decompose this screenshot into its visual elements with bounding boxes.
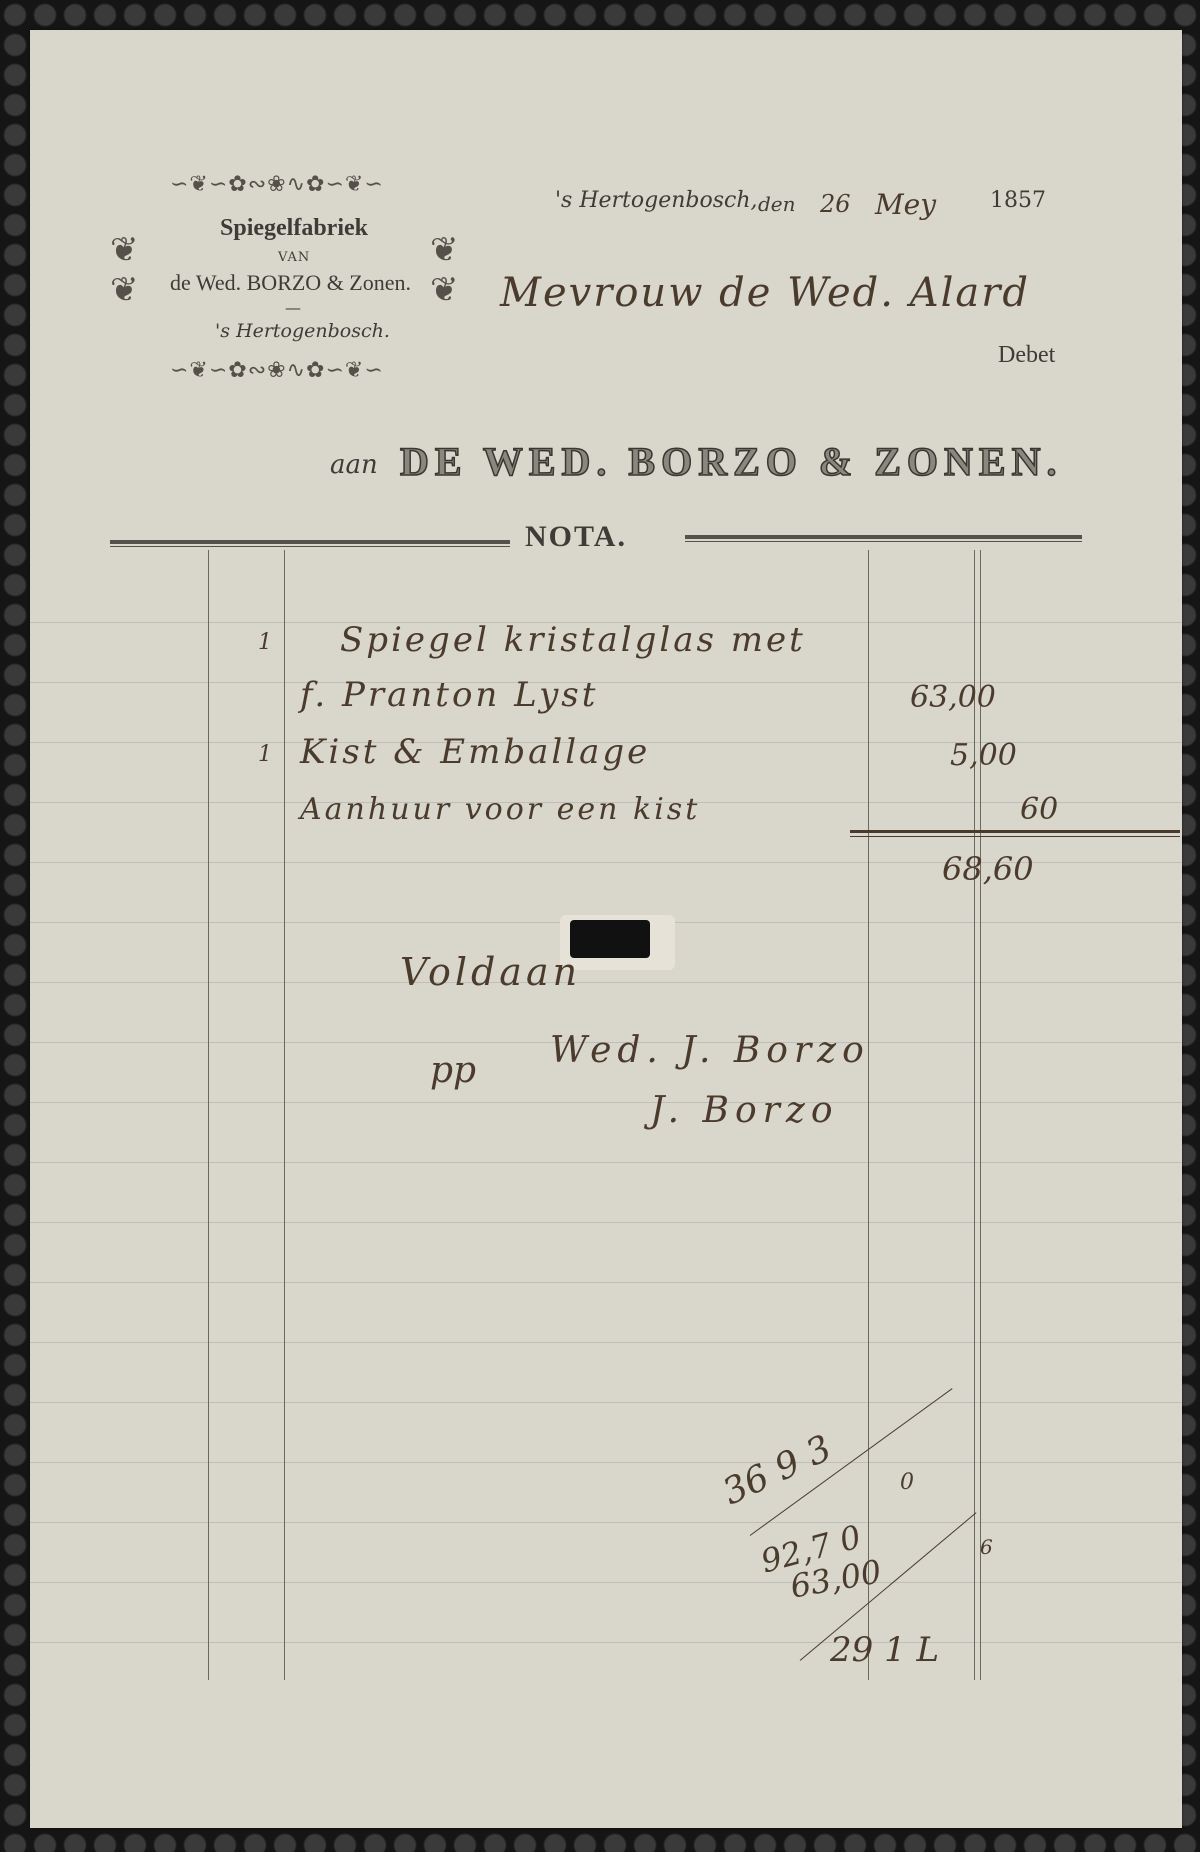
letterhead-dash: — xyxy=(285,298,301,317)
column-line xyxy=(980,550,981,1680)
creditor-aan: aan xyxy=(330,450,378,480)
ornament-bottom: ∽❦∽✿∾❀∿✿∽❦∽ xyxy=(170,358,384,383)
dateline-day: 26 xyxy=(820,190,851,218)
signature-line-1: Wed. J. Borzo xyxy=(550,1030,870,1071)
addressee-name: Mevrouw de Wed. Alard xyxy=(500,270,1030,316)
calc-line: 29 1 L xyxy=(830,1630,939,1670)
row-amount: 63,00 xyxy=(910,680,996,715)
ornament-top: ∽❦∽✿∾❀∿✿∽❦∽ xyxy=(170,172,384,197)
calc-line: 36 9 3 xyxy=(717,1428,838,1514)
letterhead-city: 's Hertogenbosch. xyxy=(215,320,390,342)
row-description: Kist & Emballage xyxy=(300,732,650,772)
calc-line: 0 xyxy=(900,1470,914,1495)
row-description: Spiegel kristalglas met xyxy=(340,620,806,660)
row-qty: 1 xyxy=(258,742,272,767)
row-amount: 5,00 xyxy=(950,738,1017,773)
invoice-paper: ∽❦∽✿∾❀∿✿∽❦∽ ❦❦ ❦❦ Spiegelfabriek VAN de … xyxy=(30,30,1182,1828)
ornament-left-icon: ❦❦ xyxy=(110,230,140,310)
letterhead-van: VAN xyxy=(278,250,310,265)
creditor-name: DE WED. BORZO & ZONEN. xyxy=(400,438,1062,485)
dateline-den: den xyxy=(758,192,796,216)
subtotal-rule xyxy=(850,830,1180,833)
calc-line: 6 xyxy=(980,1535,993,1559)
dateline-year: 1857 xyxy=(990,188,1046,213)
row-description: f. Pranton Lyst xyxy=(300,675,598,715)
nota-total: 68,60 xyxy=(942,850,1034,888)
letterhead-company: de Wed. BORZO & Zonen. xyxy=(170,270,411,296)
column-line xyxy=(208,550,209,1680)
column-line xyxy=(868,550,869,1680)
pp-text: pp xyxy=(430,1050,476,1091)
ornament-right-icon: ❦❦ xyxy=(430,230,460,310)
debet-label: Debet xyxy=(998,342,1055,369)
column-line xyxy=(974,550,975,1680)
dateline-place: 's Hertogenbosch, xyxy=(555,188,758,213)
nota-heading: NOTA. xyxy=(525,520,627,554)
column-line xyxy=(284,550,285,1680)
signature-line-2: J. Borzo xyxy=(650,1090,839,1131)
letterhead-title: Spiegelfabriek xyxy=(220,215,368,242)
voldaan-text: Voldaan xyxy=(400,950,581,994)
row-amount: 60 xyxy=(1020,792,1058,827)
dateline-month: Mey xyxy=(875,188,936,221)
row-qty: 1 xyxy=(258,630,272,655)
row-description: Aanhuur voor een kist xyxy=(300,792,700,827)
